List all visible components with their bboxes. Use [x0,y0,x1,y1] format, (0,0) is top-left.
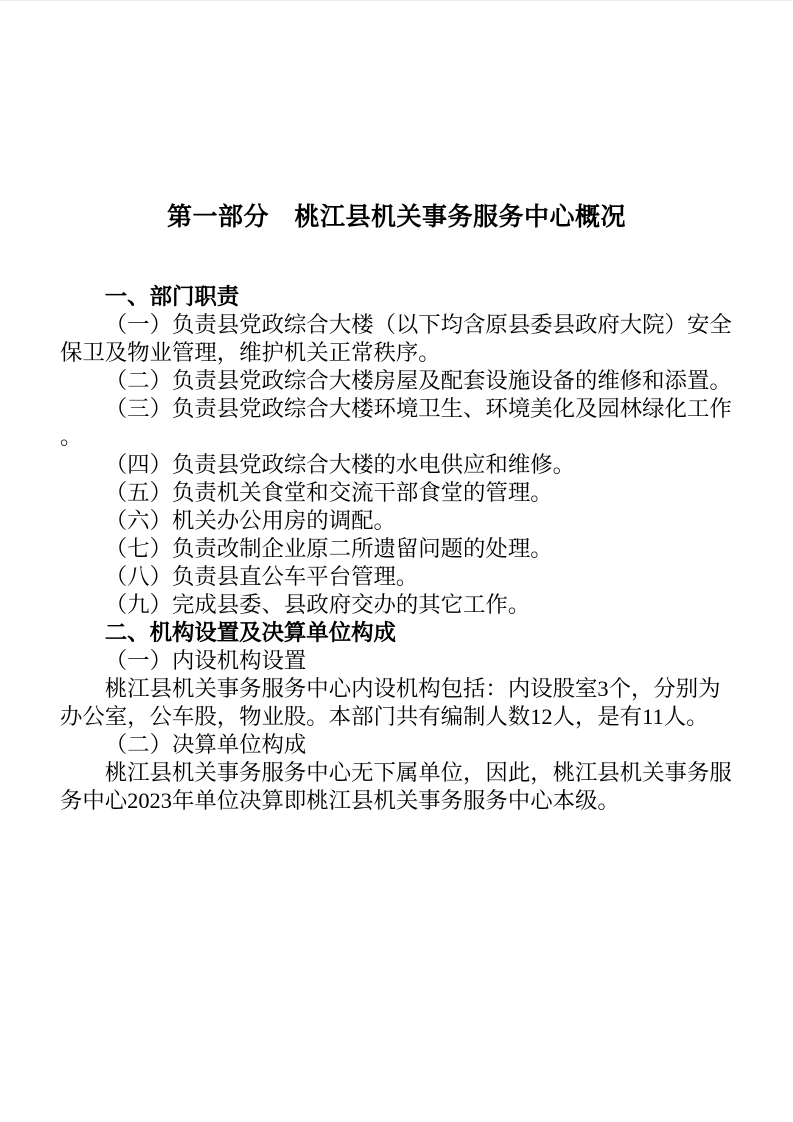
paragraph-line: （四）负责县党政综合大楼的水电供应和维修。 [60,451,734,479]
heading-department-duties: 一、部门职责 [60,283,734,311]
paragraph-line: （七）负责改制企业原二所遗留问题的处理。 [60,535,734,563]
document-page: 第一部分 桃江县机关事务服务中心概况 一、部门职责 （一）负责县党政综合大楼（以… [0,0,793,1122]
heading-org-structure: 二、机构设置及决算单位构成 [60,619,734,647]
paragraph-line: 保卫及物业管理，维护机关正常秩序。 [60,339,734,367]
paragraph-line: 办公室，公车股，物业股。本部门共有编制人数12人，是有11人。 [60,703,734,731]
subheading-budget-units: （二）决算单位构成 [60,731,734,759]
paragraph-line: （六）机关办公用房的调配。 [60,507,734,535]
paragraph-line: （二）负责县党政综合大楼房屋及配套设施设备的维修和添置。 [60,367,734,395]
paragraph-line: 务中心2023年单位决算即桃江县机关事务服务中心本级。 [60,787,734,815]
paragraph-line: 桃江县机关事务服务中心无下属单位，因此，桃江县机关事务服 [60,759,734,787]
paragraph-line: （五）负责机关食堂和交流干部食堂的管理。 [60,479,734,507]
paragraph-line: （一）负责县党政综合大楼（以下均含原县委县政府大院）安全 [60,311,734,339]
paragraph-line: 。 [60,423,734,451]
paragraph-line: （九）完成县委、县政府交办的其它工作。 [60,591,734,619]
document-title: 第一部分 桃江县机关事务服务中心概况 [0,201,793,235]
paragraph-line: （八）负责县直公车平台管理。 [60,563,734,591]
subheading-internal-org: （一）内设机构设置 [60,647,734,675]
paragraph-line: （三）负责县党政综合大楼环境卫生、环境美化及园林绿化工作 [60,395,734,423]
document-body: 一、部门职责 （一）负责县党政综合大楼（以下均含原县委县政府大院）安全 保卫及物… [60,283,734,815]
paragraph-line: 桃江县机关事务服务中心内设机构包括：内设股室3个，分别为 [60,675,734,703]
